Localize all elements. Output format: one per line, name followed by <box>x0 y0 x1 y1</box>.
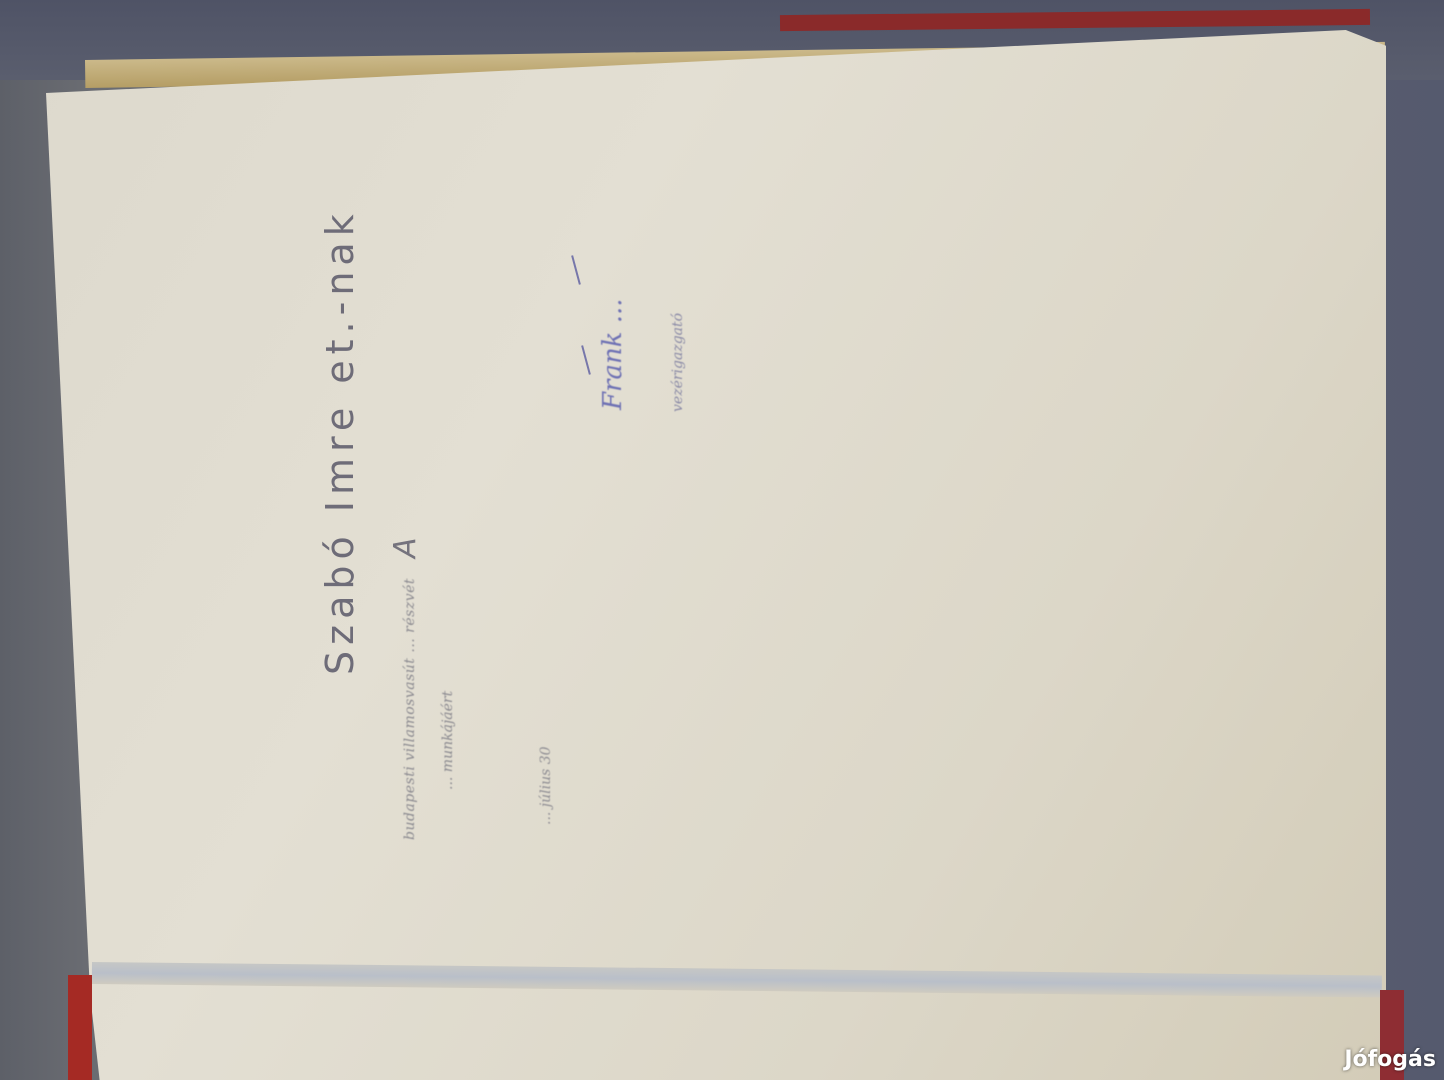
book-page <box>46 30 1386 1080</box>
dedication-date: ... július 30 <box>538 746 554 825</box>
dedication-marker: A <box>388 537 423 558</box>
dedication-line-2: ... munkájáért <box>440 691 456 790</box>
dedication-line-1: budapesti villamosvasút ... részvét <box>402 578 418 840</box>
book-cover-edge-left <box>68 975 92 1080</box>
signature-title: vezérigazgató <box>670 313 686 412</box>
jofogas-watermark: Jófogás <box>1344 1047 1436 1072</box>
signature: Frank ... <box>598 298 628 410</box>
dedication-title: Szabó Imre et.-nak <box>318 208 362 675</box>
